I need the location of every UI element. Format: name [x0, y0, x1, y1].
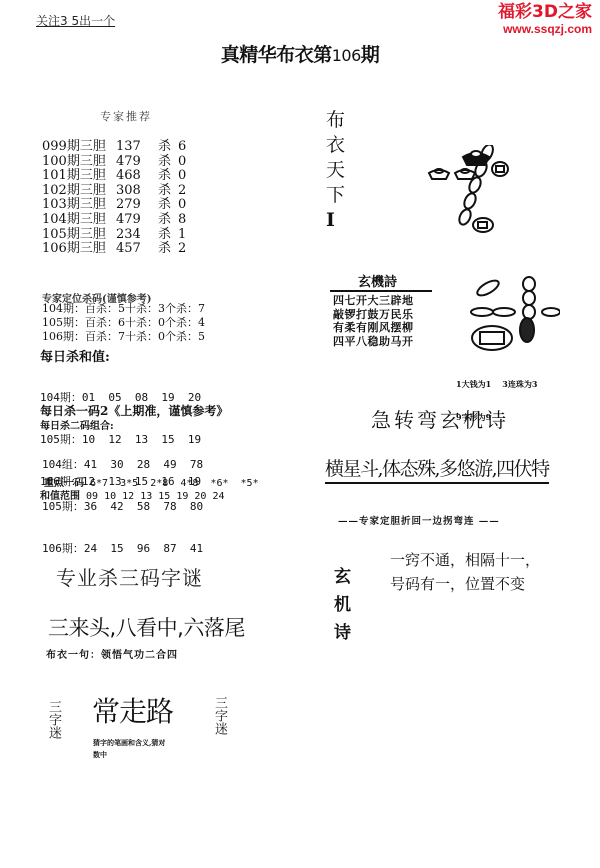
xuanjishi-vertical: 玄 机 诗: [334, 563, 351, 647]
issue-cell: 103期三胆: [42, 198, 116, 213]
kill-cell: 2: [178, 242, 186, 257]
kill-cell: 0: [178, 198, 186, 213]
list-item: 105期：百杀：6十杀：0个杀：4: [42, 316, 205, 330]
table-row: 101期三胆468杀0: [42, 169, 186, 184]
buyi-tianxia-vertical: 布 衣 天 下 I: [326, 108, 345, 233]
kill-cell: 1: [178, 228, 186, 243]
expert-dan-line: ——专家定胆折回一边拐弯连 ——: [338, 513, 500, 527]
digits-cell: 279: [116, 198, 158, 213]
vertical-char: I: [326, 208, 345, 233]
digits-cell: 479: [116, 155, 158, 170]
table-row: 106期三胆457杀2: [42, 242, 186, 257]
poem-line: 四平八稳助马开: [333, 335, 414, 349]
table-row: 104期三胆479杀8: [42, 213, 186, 228]
list-item: 106期：24 15 96 87 41: [42, 542, 203, 556]
digits-cell: 137: [116, 140, 158, 155]
digits-cell: 479: [116, 213, 158, 228]
table-row: 099期三胆137杀6: [42, 140, 186, 155]
buyi-line: 布衣一句：领悟气功二合四: [46, 646, 178, 661]
issue-cell: 100期三胆: [42, 155, 116, 170]
expert-recommendation-table: 099期三胆137杀6 100期三胆479杀0 101期三胆468杀0 102期…: [42, 140, 186, 257]
sum-range-label: 和值范围: [40, 491, 80, 502]
table-row: 102期三胆308杀2: [42, 184, 186, 199]
kill-cell: 8: [178, 213, 186, 228]
riddle-title: 专业杀三码字谜: [56, 562, 203, 591]
poem-line: 敲锣打鼓万民乐: [333, 308, 414, 322]
page-title: 真精华布衣第106期: [0, 40, 600, 67]
table-row: 105期三胆234杀1: [42, 228, 186, 243]
kill-cell: 2: [178, 184, 186, 199]
poem-line: 号码有一，位置不变: [390, 572, 540, 596]
kill-label: 杀: [158, 169, 178, 184]
coins-beads-illustration: [468, 276, 560, 356]
legend-line: 1大钱为1 3连珠为3: [456, 379, 537, 390]
issue-cell: 105期三胆: [42, 228, 116, 243]
kill-label: 杀: [158, 140, 178, 155]
brand-url[interactable]: www.ssqzj.com: [498, 22, 592, 36]
xuanji-poem: 四七开大三辟地 敲锣打鼓万民乐 有柔有刚风摆柳 四平八稳助马开: [333, 294, 414, 348]
vertical-char: 天: [326, 158, 345, 183]
kill-cell: 0: [178, 155, 186, 170]
brand-name: 福彩3D之家: [498, 2, 592, 22]
sum-range: 和值范围 09 10 12 13 15 19 20 24: [40, 487, 225, 502]
poem-line: 一窍不通，相隔十一，: [390, 548, 540, 572]
title-prefix: 真精华布衣第: [221, 44, 332, 66]
kill-label: 杀: [158, 155, 178, 170]
sum-range-value: 09 10 12 13 15 19 20 24: [80, 491, 225, 502]
xuanjishi-poem: 一窍不通，相隔十一， 号码有一，位置不变: [390, 548, 540, 596]
ingot-beads-illustration: [425, 145, 535, 235]
vertical-char: 衣: [326, 133, 345, 158]
poem-line: 有柔有刚风摆柳: [333, 321, 414, 335]
digits-cell: 308: [116, 184, 158, 199]
digits-cell: 468: [116, 169, 158, 184]
digits-cell: 234: [116, 228, 158, 243]
title-suffix: 期: [361, 44, 380, 66]
list-item: 104组：41 30 28 49 78: [42, 458, 203, 472]
issue-cell: 101期三胆: [42, 169, 116, 184]
vertical-char: 玄: [334, 563, 351, 591]
expert-recommendation-heading: 专家推荐: [100, 108, 152, 124]
kill-cell: 0: [178, 169, 186, 184]
digits-cell: 457: [116, 242, 158, 257]
title-issue: 106: [332, 46, 361, 65]
issue-cell: 104期三胆: [42, 213, 116, 228]
issue-cell: 106期三胆: [42, 242, 116, 257]
hengxing-line: 横星斗,体态殊,多悠游,四伏特: [325, 457, 549, 484]
vertical-char: 机: [334, 591, 351, 619]
list-item: 105期：36 42 58 78 80: [42, 500, 203, 514]
vertical-char: 诗: [334, 619, 351, 647]
poem-line: 四七开大三辟地: [333, 294, 414, 308]
riddle-answer: 常走路: [92, 690, 173, 730]
riddle-note: 猜字的笔画和含义,猜对数中: [93, 737, 168, 761]
issue-cell: 099期三胆: [42, 140, 116, 155]
riddle-text: 三来头,八看中,六落尾: [48, 612, 245, 642]
kill-label: 杀: [158, 228, 178, 243]
issue-cell: 102期三胆: [42, 184, 116, 199]
vertical-char: 下: [326, 183, 345, 208]
xuanji-poem-heading: 玄機詩: [358, 271, 397, 290]
kill-label: 杀: [158, 198, 178, 213]
three-char-riddle-label-right: 三字迷: [212, 696, 226, 735]
list-item: 104期：百杀：5十杀：3个杀：7: [42, 302, 205, 316]
three-char-riddle-label-left: 三字迷: [46, 700, 60, 739]
table-row: 100期三胆479杀0: [42, 155, 186, 170]
jizhuanwan-title: 急转弯玄机诗: [300, 404, 580, 433]
kill-label: 杀: [158, 242, 178, 257]
kill-cell: 6: [178, 140, 186, 155]
brand-logo[interactable]: 福彩3D之家 www.ssqzj.com: [498, 2, 592, 36]
list-item: 106期：百杀：7十杀：0个杀：5: [42, 330, 205, 344]
vertical-char: 布: [326, 108, 345, 133]
divider: [330, 290, 432, 292]
notice-text: 关注3 5出一个: [36, 12, 115, 29]
position-kill-list: 104期：百杀：5十杀：3个杀：7 105期：百杀：6十杀：0个杀：4 106期…: [42, 302, 205, 344]
kill-label: 杀: [158, 184, 178, 199]
kill-label: 杀: [158, 213, 178, 228]
table-row: 103期三胆279杀0: [42, 198, 186, 213]
